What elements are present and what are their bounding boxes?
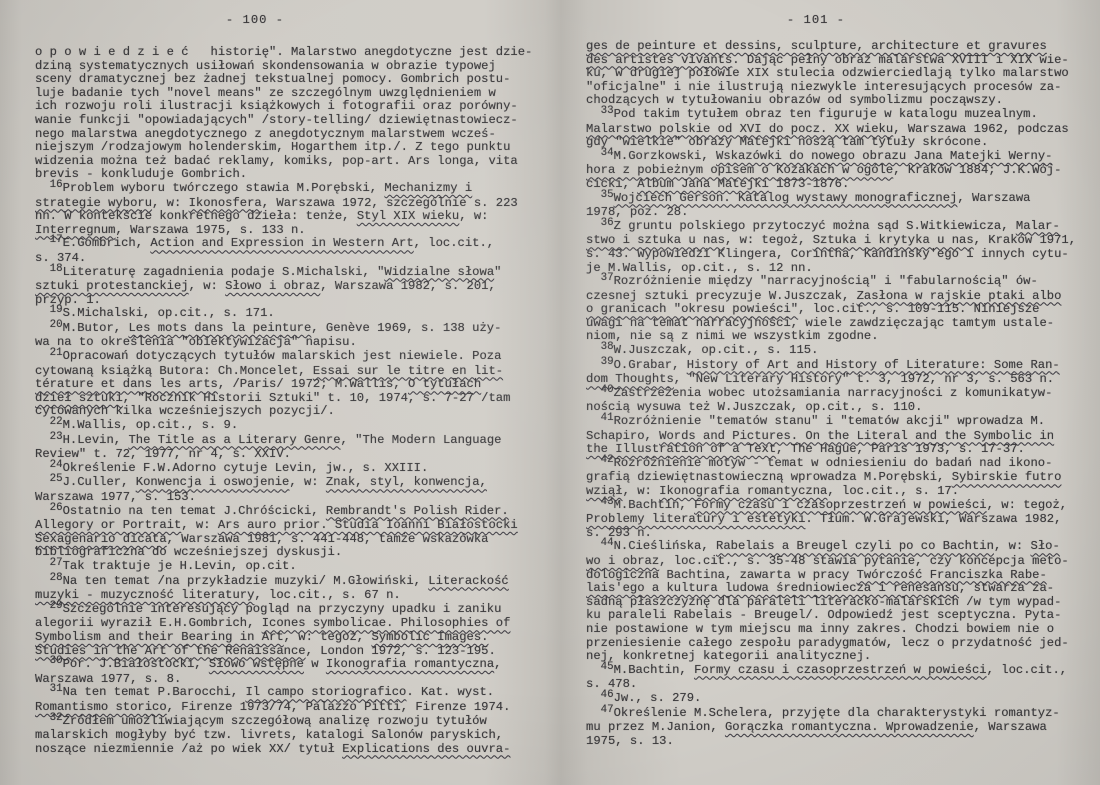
footnote-45: 45M.Bachtin, Formy czasu i czasoprzestrz… (586, 664, 1100, 692)
paragraph-continuation: o p o w i e d z i e ć historię". Malarst… (35, 46, 550, 182)
footnote-41: 41Rozróżnienie "tematów stanu" i "temató… (586, 415, 1100, 457)
page-number-101: - 101 - (586, 13, 1046, 27)
page-number-100: - 100 - (35, 13, 475, 27)
page-101-text: ges de peinture et dessins, sculpture, a… (586, 40, 1100, 748)
footnote-36: 36Z gruntu polskiego przytoczyć można są… (586, 220, 1100, 275)
footnote-31: 31Na ten temat P.Barocchi, Il campo stor… (35, 686, 550, 714)
footnote-23: 23H.Levin, The Title as a Literary Genre… (35, 434, 550, 462)
page-100-text: o p o w i e d z i e ć historię". Malarst… (35, 46, 550, 756)
footnote-43: 43M.Bachtin, Formy czasu i czasoprzestrz… (586, 499, 1100, 541)
footnote-44: 44N.Cieślińska, Rabelais a Breugel czyli… (586, 540, 1100, 663)
footnote-37: 37Rozróżnienie między "narracyjnością" i… (586, 275, 1100, 344)
footnote-33: 33Pod takim tytułem obraz ten figuruje w… (586, 108, 1100, 150)
footnote-46: 46Jw., s. 279. (586, 692, 1100, 707)
footnote-47: 47Określenie M.Schelera, przyjęte dla ch… (586, 707, 1100, 749)
footnote-20: 20M.Butor, Les mots dans la peinture, Ge… (35, 322, 550, 350)
footnote-30: 30Por. J.Białostocki, Słowo wstępne w Ik… (35, 658, 550, 686)
footnote-35: 35Wojciech Gerson. Katalog wystawy monog… (586, 192, 1100, 220)
footnote-29: 29Szczególnie interesujący pogląd na prz… (35, 603, 550, 658)
footnote-28: 28Na ten temat /na przykładzie muzyki/ M… (35, 575, 550, 603)
footnote-39: 39O.Grabar, History of Art and History o… (586, 359, 1100, 387)
footnote-25: 25J.Culler, Konwencja i oswojenie, w: Zn… (35, 476, 550, 504)
footnote-17: 17E.Gombrich, Action and Expression in W… (35, 237, 550, 265)
footnote-19: 19S.Michalski, op.cit., s. 171. (35, 307, 550, 322)
footnote-22: 22M.Wallis, op.cit., s. 9. (35, 419, 550, 434)
footnote-34: 34M.Gorzkowski, Wskazówki do nowego obra… (586, 150, 1100, 192)
footnote-21: 21Opracowań dotyczących tytułów malarski… (35, 350, 550, 419)
footnote-16: 16Problem wyboru twórczego stawia M.Porę… (35, 182, 550, 237)
footnote-40: 40Zastrzeżenia wobec utożsamiania narrac… (586, 387, 1100, 415)
book-scan: - 100 - o p o w i e d z i e ć historię".… (0, 0, 1100, 785)
footnote-38: 38W.Juszczak, op.cit., s. 115. (586, 344, 1100, 359)
footnote-27: 27Tak traktuje je H.Levin, op.cit. (35, 560, 550, 575)
footnote-24: 24Określenie F.W.Adorno cytuje Levin, jw… (35, 462, 550, 477)
footnote-32: 32Źródłem umożliwiającym szczegółową ana… (35, 715, 550, 757)
footnote-42: 42Rozróżnienie motyw - temat w odniesien… (586, 457, 1100, 499)
footnote-26: 26Ostatnio na ten temat J.Chróścicki, Re… (35, 505, 550, 560)
footnote-18: 18Literaturę zagadnienia podaje S.Michal… (35, 266, 550, 308)
paragraph-continuation: ges de peinture et dessins, sculpture, a… (586, 40, 1100, 108)
